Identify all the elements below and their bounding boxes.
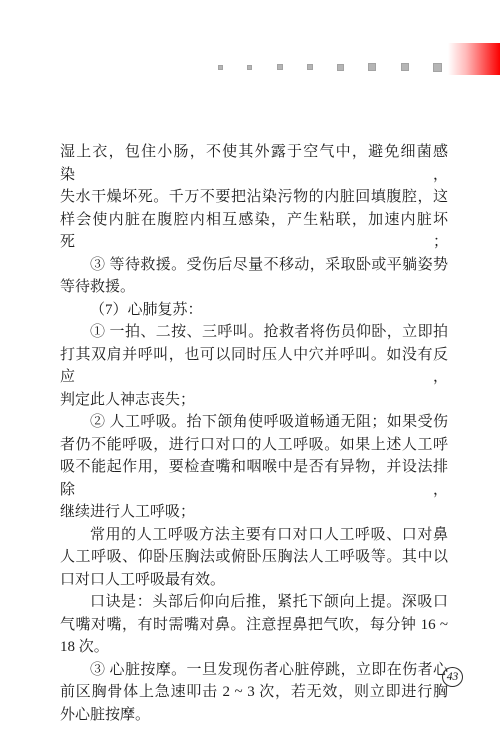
- decor-square-icon: [307, 64, 313, 70]
- decor-square-icon: [218, 65, 223, 70]
- text-line: 吸不能起作用，要检查嘴和咽喉中是否有异物，并设法排除，: [60, 456, 448, 501]
- text-line: 口对口人工呼吸最有效。: [60, 569, 448, 592]
- text-line: 失水干燥坏死。千万不要把沾染污物的内脏回填腹腔，这: [60, 186, 448, 209]
- text-line: 湿上衣，包住小肠，不使其外露于空气中，避免细菌感染，: [60, 141, 448, 186]
- text-line: 气嘴对嘴，有时需嘴对鼻。注意捏鼻把气吹，每分钟 16 ~: [60, 614, 448, 637]
- book-page: 湿上衣，包住小肠，不使其外露于空气中，避免细菌感染， 失水干燥坏死。千万不要把沾…: [0, 0, 500, 730]
- text-line: 继续进行人工呼吸；: [60, 501, 448, 524]
- text-line: 外心脏按摩。: [60, 704, 448, 727]
- text-line: （7）心肺复苏：: [60, 299, 448, 322]
- text-line: ③ 心脏按摩。一旦发现伤者心脏停跳，立即在伤者心: [60, 659, 448, 682]
- header-red-gradient-decoration: [448, 43, 500, 75]
- text-line: 判定此人神志丧失；: [60, 389, 448, 412]
- decor-square-icon: [277, 64, 283, 70]
- page-number-badge: 43: [442, 667, 463, 687]
- decor-square-icon: [247, 65, 252, 70]
- text-line: 口诀是：头部后仰向后推，紧托下颌向上提。深吸口: [60, 591, 448, 614]
- text-line: 打其双肩并呼叫，也可以同时压人中穴并呼叫。如没有反应，: [60, 344, 448, 389]
- decor-square-icon: [401, 63, 409, 71]
- text-line: ① 一拍、二按、三呼叫。抢救者将伤员仰卧，立即拍: [60, 321, 448, 344]
- text-line: 18 次。: [60, 636, 448, 659]
- text-line: 常用的人工呼吸方法主要有口对口人工呼吸、口对鼻: [60, 524, 448, 547]
- decor-square-icon: [433, 63, 442, 72]
- decor-square-icon: [337, 64, 344, 71]
- text-line: 样会使内脏在腹腔内相互感染，产生粘联，加速内脏坏死；: [60, 209, 448, 254]
- text-line: ② 人工呼吸。抬下颌角使呼吸道畅通无阻；如果受伤: [60, 411, 448, 434]
- text-line: ③ 等待救援。受伤后尽量不移动，采取卧或平躺姿势: [60, 254, 448, 277]
- decor-square-icon: [368, 63, 376, 71]
- text-line: 等待救援。: [60, 276, 448, 299]
- text-line: 人工呼吸、仰卧压胸法或俯卧压胸法人工呼吸等。其中以: [60, 546, 448, 569]
- text-line: 前区胸骨体上急速叩击 2 ~ 3 次，若无效，则立即进行胸: [60, 681, 448, 704]
- body-text: 湿上衣，包住小肠，不使其外露于空气中，避免细菌感染， 失水干燥坏死。千万不要把沾…: [60, 141, 448, 726]
- header-squares-decoration: [218, 58, 442, 76]
- text-line: 者仍不能呼吸，进行口对口的人工呼吸。如果上述人工呼: [60, 434, 448, 457]
